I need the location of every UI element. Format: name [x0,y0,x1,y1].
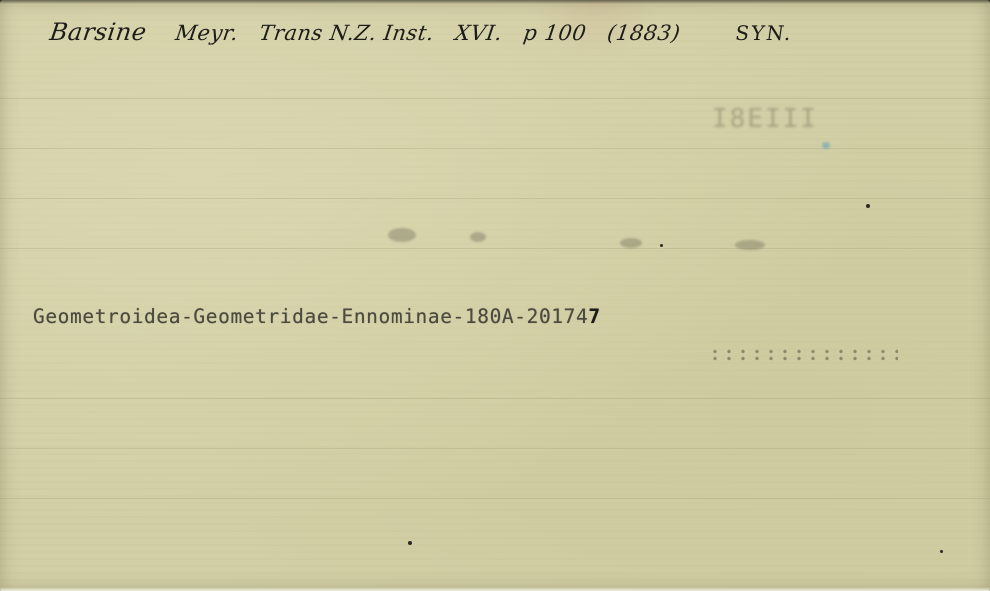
ruled-line [0,98,990,99]
faded-stamp-mark: I8EIII [712,104,822,150]
paper-smudge [735,240,765,250]
journal-name: Trans N.Z. Inst. [258,21,436,45]
faint-dotted-marks [708,348,898,362]
overstrike-digit: 7 [588,305,600,328]
ruled-line [0,148,990,149]
ruled-line [0,498,990,499]
index-card: Barsine Meyr. Trans N.Z. Inst. XVI. p 10… [0,0,990,591]
paper-smudge [470,232,486,242]
volume-number: XVI. [454,21,504,45]
page-number: p 100 [522,21,588,45]
synonym-status: SYN. [734,21,795,45]
paper-smudge [620,238,642,248]
ink-speck [822,142,830,149]
taxonomy-classification-line: Geometroidea-Geometridae-Ennominae-180A-… [33,305,601,328]
ink-dot [408,541,412,545]
publication-year: (1883) [606,21,682,45]
genus-name: Barsine [48,18,149,46]
ruled-line [0,198,990,199]
ink-dot [660,244,663,247]
handwritten-citation: Barsine Meyr. Trans N.Z. Inst. XVI. p 10… [48,18,809,46]
ink-dot [866,204,870,208]
ink-dot [940,550,943,553]
ruled-line [0,398,990,399]
classification-text: Geometroidea-Geometridae-Ennominae-180A-… [33,305,588,328]
ruled-line [0,448,990,449]
paper-smudge [388,228,416,242]
ruled-line [0,248,990,249]
author-name: Meyr. [174,21,240,45]
